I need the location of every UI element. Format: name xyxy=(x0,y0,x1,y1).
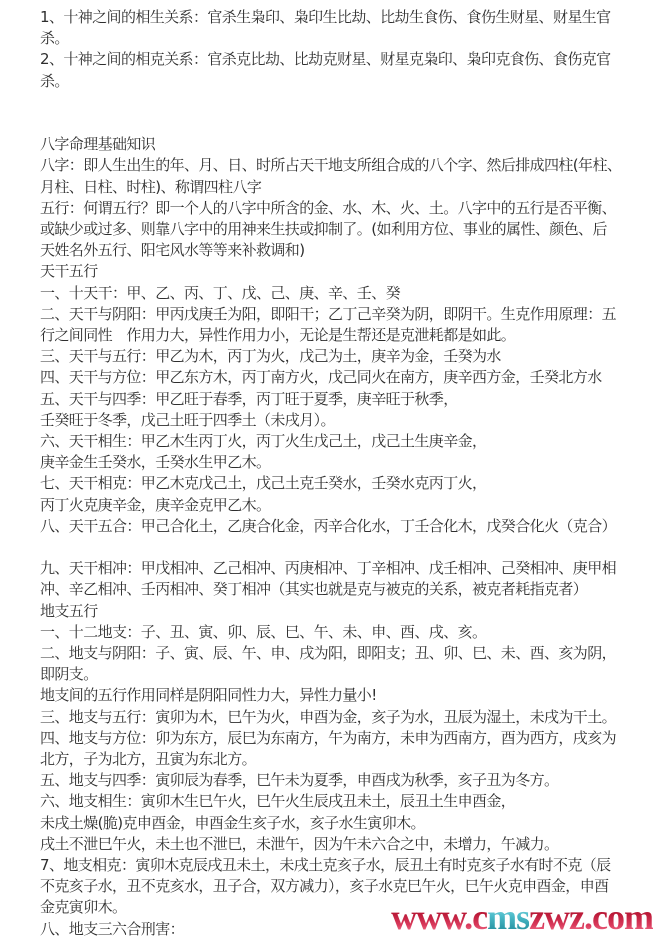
watermark-segment: ms xyxy=(487,897,529,937)
text-line: 八字命理基础知识 xyxy=(40,134,628,155)
text-line: 行之间同性 作用力大，异性作用力小，无论是生帮还是克泄耗都是如此。 xyxy=(40,325,628,346)
text-line: 五、天干与四季：甲乙旺于春季，丙丁旺于夏季，庚辛旺于秋季， xyxy=(40,389,628,410)
text-line: 一、十天干：甲、乙、丙、丁、戊、己、庚、辛、壬、癸 xyxy=(40,283,628,304)
document-page: 1、十神之间的相生关系：官杀生枭印、枭印生比劫、比劫生食伤、食伤生财星、财星生官… xyxy=(0,0,658,937)
text-line: 五行：何谓五行？即一个人的八字中所含的金、水、木、火、土。八字中的五行是否平衡、 xyxy=(40,198,628,219)
text-line: 三、天干与五行：甲乙为木，丙丁为火，戊己为土，庚辛为金，壬癸为水 xyxy=(40,346,628,367)
text-line xyxy=(40,92,628,113)
watermark-segment: zwz.com xyxy=(529,897,653,937)
text-line: 不克亥子水，丑不克亥水，丑子合，双方减力），亥子水克巳午火，巳午火克申酉金，申酉 xyxy=(40,876,628,897)
text-line: 四、地支与方位：卯为东方，辰巳为东南方，午为南方，未申为西南方，酉为西方，戌亥为 xyxy=(40,728,628,749)
text-line: 2、十神之间的相克关系：官杀克比劫、比劫克财星、财星克枭印、枭印克食伤、食伤克官 xyxy=(40,49,628,70)
text-line: 地支五行 xyxy=(40,601,628,622)
text-line: 天干五行 xyxy=(40,261,628,282)
watermark: www.cmszwz.com xyxy=(391,899,653,935)
text-line: 七、天干相克：甲乙木克戊己土，戊己土克壬癸水，壬癸水克丙丁火， xyxy=(40,473,628,494)
text-line: 杀。 xyxy=(40,71,628,92)
text-line: 即阴支。 xyxy=(40,664,628,685)
text-line: 或缺少或过多、则靠八字中的用神来生扶或抑制了。(如利用方位、事业的属性、颜色、后 xyxy=(40,219,628,240)
text-line: 庚辛金生壬癸水，壬癸水生甲乙木。 xyxy=(40,452,628,473)
text-line: 六、天干相生：甲乙木生丙丁火，丙丁火生戊己土，戊己土生庚辛金， xyxy=(40,431,628,452)
text-line: 戌土不泄巳午火，未土也不泄巳，未泄午，因为午未六合之中，未增力，午减力。 xyxy=(40,834,628,855)
text-line: 八字：即人生出生的年、月、日、时所占天干地支所组合成的八个字、然后排成四柱(年柱… xyxy=(40,155,628,176)
text-line: 北方，子为北方，丑寅为东北方。 xyxy=(40,749,628,770)
text-line: 四、天干与方位：甲乙东方木，丙丁南方火，戊己同火在南方，庚辛西方金，壬癸北方水 xyxy=(40,367,628,388)
text-line xyxy=(40,537,628,558)
text-line: 杀。 xyxy=(40,28,628,49)
text-line: 冲、辛乙相冲、壬丙相冲、癸丁相冲（其实也就是克与被克的关系，被克者耗指克者） xyxy=(40,579,628,600)
text-line: 八、天干五合：甲己合化土，乙庚合化金，丙辛合化水，丁壬合化木，戊癸合化火（克合） xyxy=(40,516,628,537)
text-line: 地支间的五行作用同样是阴阳同性力大，异性力量小! xyxy=(40,685,628,706)
text-line: 一、十二地支：子、丑、寅、卯、辰、巳、午、未、申、酉、戌、亥。 xyxy=(40,622,628,643)
text-line: 六、地支相生：寅卯木生巳午火，巳午火生辰戌丑未土，辰丑土生申酉金， xyxy=(40,791,628,812)
text-line: 1、十神之间的相生关系：官杀生枭印、枭印生比劫、比劫生食伤、食伤生财星、财星生官 xyxy=(40,7,628,28)
text-line: 7、地支相克：寅卯木克辰戌丑未土，未戌土克亥子水，辰丑土有时克亥子水有时不克（辰 xyxy=(40,855,628,876)
text-line: 三、地支与五行：寅卯为木，巳午为火，申酉为金，亥子为水，丑辰为湿土，未戌为干土。 xyxy=(40,707,628,728)
text-line: 二、地支与阴阳：子、寅、辰、午、申、戌为阳，即阳支；丑、卯、巳、未、酉、亥为阴， xyxy=(40,643,628,664)
text-line xyxy=(40,113,628,134)
text-line: 丙丁火克庚辛金，庚辛金克甲乙木。 xyxy=(40,495,628,516)
text-line: 未戌土燥(脆)克申酉金，申酉金生亥子水，亥子水生寅卯木。 xyxy=(40,813,628,834)
text-line: 天姓名外五行、阳宅风水等等来补救调和) xyxy=(40,240,628,261)
text-line: 壬癸旺于冬季，戊己土旺于四季土（未戌月）。 xyxy=(40,410,628,431)
watermark-segment: www.c xyxy=(391,897,487,937)
text-line: 九、天干相冲：甲戊相冲、乙己相冲、丙庚相冲、丁辛相冲、戊壬相冲、己癸相冲、庚甲相 xyxy=(40,558,628,579)
text-line: 五、地支与四季：寅卯辰为春季，巳午未为夏季，申酉戌为秋季，亥子丑为冬方。 xyxy=(40,770,628,791)
text-line: 月柱、日柱、时柱)、称谓四柱八字 xyxy=(40,177,628,198)
document-text: 1、十神之间的相生关系：官杀生枭印、枭印生比劫、比劫生食伤、食伤生财星、财星生官… xyxy=(40,7,628,937)
text-line: 二、天干与阴阳：甲丙戊庚壬为阳，即阳干；乙丁己辛癸为阴，即阴干。生克作用原理：五 xyxy=(40,304,628,325)
